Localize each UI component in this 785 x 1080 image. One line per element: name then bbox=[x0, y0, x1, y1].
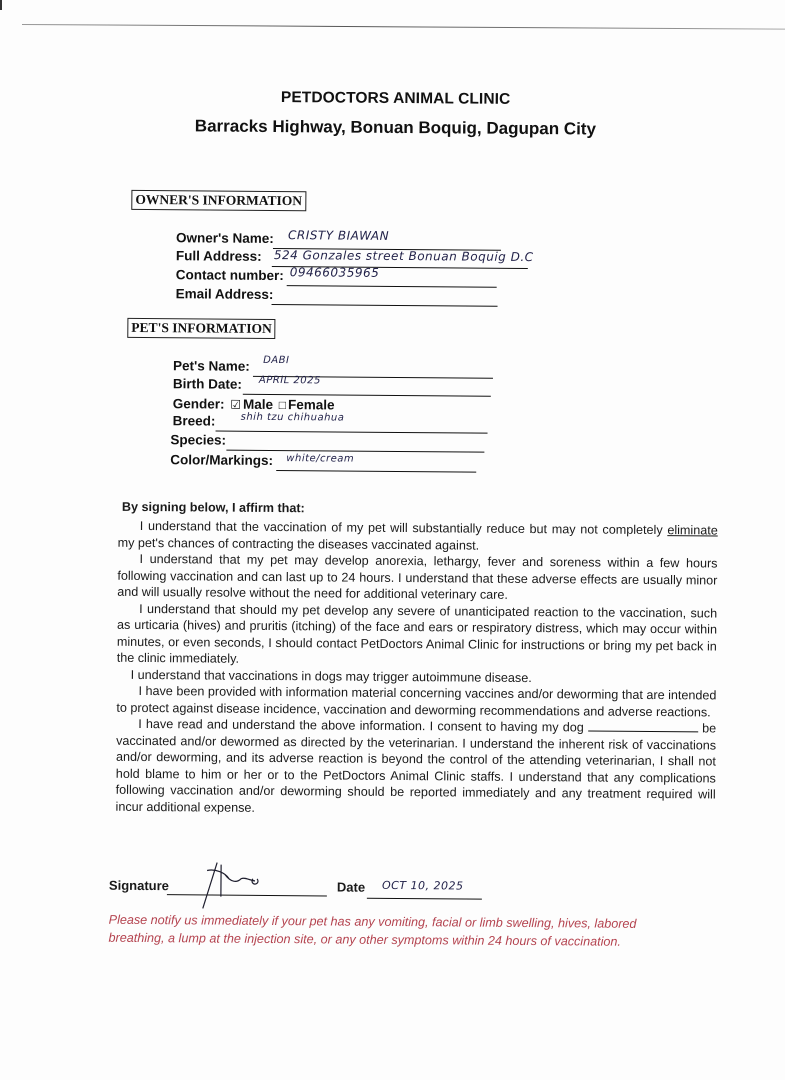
male-option-label: Male bbox=[243, 397, 273, 412]
consent-paragraph-3: I understand that should my pet develop … bbox=[117, 600, 717, 671]
email-field[interactable]: Email Address: bbox=[176, 286, 274, 302]
consent-paragraph-1: I understand that the vaccination of my … bbox=[118, 518, 718, 556]
full-address-label: Full Address: bbox=[176, 248, 262, 264]
gender-label: Gender: bbox=[173, 396, 225, 411]
contact-number-label: Contact number: bbox=[176, 267, 284, 283]
breed-label: Breed: bbox=[173, 413, 216, 428]
consent-paragraph-5: I have been provided with information ma… bbox=[116, 683, 716, 721]
form-page: PETDOCTORS ANIMAL CLINIC Barracks Highwa… bbox=[0, 0, 785, 1080]
clinic-name: PETDOCTORS ANIMAL CLINIC bbox=[3, 87, 785, 111]
consent-paragraph-2: I understand that my pet may develop ano… bbox=[117, 551, 717, 605]
handwritten-signature bbox=[185, 856, 275, 917]
consent-heading: By signing below, I affirm that: bbox=[122, 500, 305, 515]
pet-name-field[interactable]: Pet's Name: DABI bbox=[173, 358, 250, 374]
species-field[interactable]: Species: bbox=[170, 432, 226, 447]
consent-p6-tail: be vaccinated and/or dewormed as directe… bbox=[116, 721, 717, 814]
signature-row: Signature bbox=[109, 878, 169, 893]
breed-line bbox=[216, 431, 488, 434]
pet-section-heading: PET'S INFORMATION bbox=[127, 318, 276, 339]
full-address-field[interactable]: Full Address: 524 Gonzales street Bonuan… bbox=[176, 248, 262, 264]
email-line bbox=[272, 304, 498, 307]
dog-name-blank[interactable] bbox=[588, 719, 698, 732]
contact-number-line bbox=[287, 285, 497, 288]
breed-field[interactable]: Breed: shih tzu chihuahua bbox=[173, 413, 216, 428]
pet-name-label: Pet's Name: bbox=[173, 358, 250, 374]
owner-section-heading: OWNER'S INFORMATION bbox=[131, 190, 306, 211]
date-value: OCT 10, 2025 bbox=[382, 879, 464, 893]
pet-name-value: DABI bbox=[263, 355, 289, 366]
scan-edge-mark bbox=[0, 0, 2, 10]
gender-field: Gender: ☑Male □Female bbox=[173, 396, 335, 412]
color-markings-line bbox=[276, 470, 476, 473]
eliminate-emphasis: eliminate bbox=[667, 523, 718, 537]
contact-number-field[interactable]: Contact number: 09466035965 bbox=[176, 267, 284, 283]
owner-name-label: Owner's Name: bbox=[176, 230, 274, 246]
date-line[interactable] bbox=[367, 898, 482, 900]
date-row: Date bbox=[337, 880, 365, 895]
consent-p6-text: I have read and understand the above inf… bbox=[138, 717, 588, 735]
post-vaccination-notice: Please notify us immediately if your pet… bbox=[108, 911, 668, 951]
species-label: Species: bbox=[170, 432, 226, 447]
female-option-label: Female bbox=[288, 397, 335, 412]
owner-name-value: CRISTY BIAWAN bbox=[288, 228, 389, 243]
consent-p1-tail: my pet's chances of contracting the dise… bbox=[118, 535, 480, 552]
full-address-value: 524 Gonzales street Bonuan Boquig D.C bbox=[274, 248, 534, 264]
female-checkbox[interactable]: □ bbox=[279, 398, 286, 412]
color-markings-label: Color/Markings: bbox=[170, 452, 273, 468]
birth-date-value: APRIL 2025 bbox=[259, 375, 321, 386]
color-markings-field[interactable]: Color/Markings: white/cream bbox=[170, 452, 273, 468]
birth-date-label: Birth Date: bbox=[173, 376, 242, 392]
contact-number-value: 09466035965 bbox=[290, 265, 380, 280]
date-label: Date bbox=[337, 880, 365, 895]
consent-paragraph-6: I have read and understand the above inf… bbox=[116, 716, 717, 820]
consent-body: I understand that the vaccination of my … bbox=[116, 518, 718, 820]
owner-name-field[interactable]: Owner's Name: CRISTY BIAWAN bbox=[176, 230, 274, 246]
signature-label: Signature bbox=[109, 878, 169, 893]
color-markings-value: white/cream bbox=[286, 453, 354, 465]
breed-value: shih tzu chihuahua bbox=[241, 412, 345, 424]
clinic-address: Barracks Highway, Bonuan Boquig, Dagupan… bbox=[3, 115, 785, 141]
consent-p1-text: I understand that the vaccination of my … bbox=[140, 519, 668, 537]
birth-date-field[interactable]: Birth Date: APRIL 2025 bbox=[173, 376, 242, 392]
male-checkbox[interactable]: ☑ bbox=[230, 398, 241, 412]
email-label: Email Address: bbox=[176, 286, 274, 302]
